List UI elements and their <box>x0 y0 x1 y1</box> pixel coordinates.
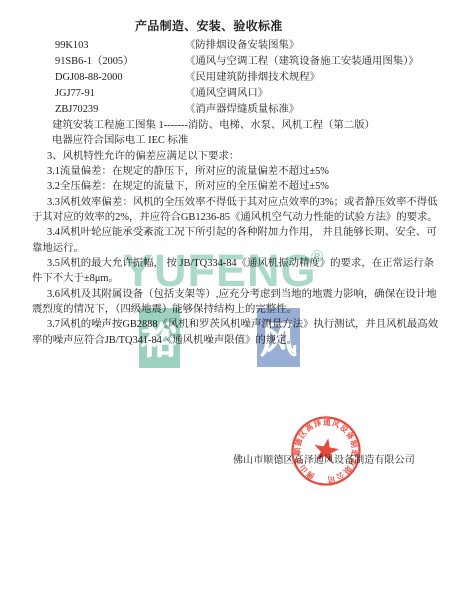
standard-code: DGJ08-88-2000 <box>55 70 185 86</box>
standard-code: ZBJ70239 <box>55 102 185 118</box>
reference-row: 99K103 《防排烟设备安装图集》 <box>55 38 429 54</box>
document-page: 产品制造、安装、验收标准 99K103 《防排烟设备安装图集》 91SB6-1（… <box>0 0 453 600</box>
reference-row: 91SB6-1（2005） 《通风与空调工程（建筑设备施工安装通用图集）》 <box>55 54 429 70</box>
standard-title: 《通风与空调工程（建筑设备施工安装通用图集）》 <box>185 54 429 70</box>
standard-title: 《防排烟设备安装图集》 <box>185 38 429 54</box>
reference-row: DGJ08-88-2000 《民用建筑防排烟技术规程》 <box>55 70 429 86</box>
body-line: 3.5风机的最大允许振幅， 按 JB/TQ334-84《通风机振动精度》的要求，… <box>32 256 429 271</box>
body-line: 3.4风机叶轮应能承受紊流工况下所引起的各种附加力作用， 并且能够长期、安全、可 <box>32 225 429 240</box>
body-line: 震烈度的情况下，（四级地震）能够保持结构上的完整性。 <box>32 302 429 317</box>
body-line: 率的噪声应符合JB/TQ341-84《通风机噪声限值》的规定。 <box>32 333 429 348</box>
body-line: 3.7风机的噪声按GB2888《风机和罗茨风机噪声测量方法》执行测试，并且风机最… <box>32 317 429 332</box>
body-line: 3、风机特性允许的偏差应满足以下要求： <box>32 149 429 164</box>
body-line: 电器应符合国际电工 IEC 标准 <box>32 133 429 148</box>
reference-row: JGJ77-91 《通风空调风口》 <box>55 86 429 102</box>
body-line: 于其对应的效率的2%，并应符合GB1236-85《通风机空气动力性能的试验方法》… <box>32 210 429 225</box>
reference-row: ZBJ70239 《消声器焊缝质量标准》 <box>55 102 429 118</box>
standard-code: 99K103 <box>55 38 185 54</box>
standard-code: 91SB6-1（2005） <box>55 54 185 70</box>
body-line: 建筑安装工程施工图集 1-------消防、电梯、水泵、风机工程（第二版） <box>32 118 429 133</box>
page-title: 产品制造、安装、验收标准 <box>135 17 283 34</box>
body-line: 3.1流量偏差：在规定的静压下，所对应的流量偏差不超过±5% <box>32 164 429 179</box>
standard-title: 《消声器焊缝质量标准》 <box>185 102 429 118</box>
body-line: 3.2全压偏差：在规定的流量下，所对应的全压偏差不超过±5% <box>32 179 429 194</box>
body-line: 靠地运行。 <box>32 241 429 256</box>
standard-title: 《民用建筑防排烟技术规程》 <box>185 70 429 86</box>
body-line: 件下不大于±8μm。 <box>32 271 429 286</box>
body-line: 3.3风机效率偏差：风机的全压效率不得低于其对应点效率的3%；或者静压效率不得低 <box>32 195 429 210</box>
standard-title: 《通风空调风口》 <box>185 86 429 102</box>
standard-code: JGJ77-91 <box>55 86 185 102</box>
company-name: 佛山市顺德区高泽通风设备制造有限公司 <box>233 451 415 466</box>
body-line: 3.6风机及其附属设备（包括支架等）,应充分考虑到当地的地震力影响，确保在设计地 <box>32 287 429 302</box>
body-text: 建筑安装工程施工图集 1-------消防、电梯、水泵、风机工程（第二版） 电器… <box>32 118 429 348</box>
standards-reference-list: 99K103 《防排烟设备安装图集》 91SB6-1（2005） 《通风与空调工… <box>55 38 429 118</box>
